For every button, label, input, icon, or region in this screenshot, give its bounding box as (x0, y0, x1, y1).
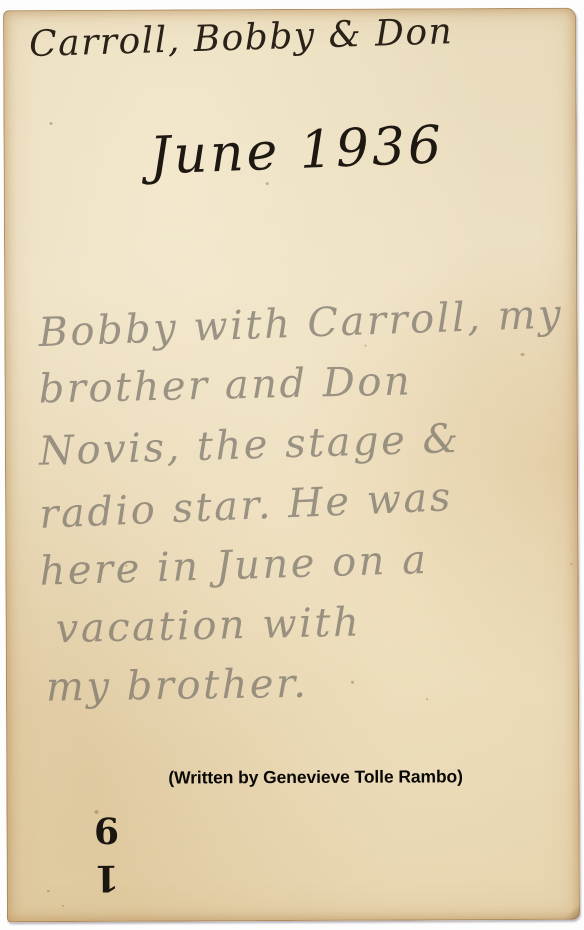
date-inscription: June 1936 (149, 115, 446, 187)
stain-speck (62, 905, 64, 907)
photo-card-back: Carroll, Bobby & Don June 1936 Bobby wit… (3, 8, 580, 922)
stain-speck (266, 182, 269, 185)
worn-corner (558, 906, 580, 922)
pencil-note-line: vacation with (39, 588, 550, 659)
stain-speck (570, 563, 572, 565)
pencil-note: Bobby with Carroll, my brother and Don N… (38, 293, 550, 715)
header-inscription: Carroll, Bobby & Don (29, 11, 454, 65)
pencil-note-line: my brother. (40, 650, 551, 718)
stain-speck (47, 890, 50, 892)
stamp-number: 19 (88, 803, 124, 899)
author-caption: (Written by Genevieve Tolle Rambo) (168, 766, 463, 788)
stain-speck (50, 122, 53, 125)
printed-stamp: 19 (86, 806, 126, 896)
scan-background: Carroll, Bobby & Don June 1936 Bobby wit… (0, 0, 584, 930)
